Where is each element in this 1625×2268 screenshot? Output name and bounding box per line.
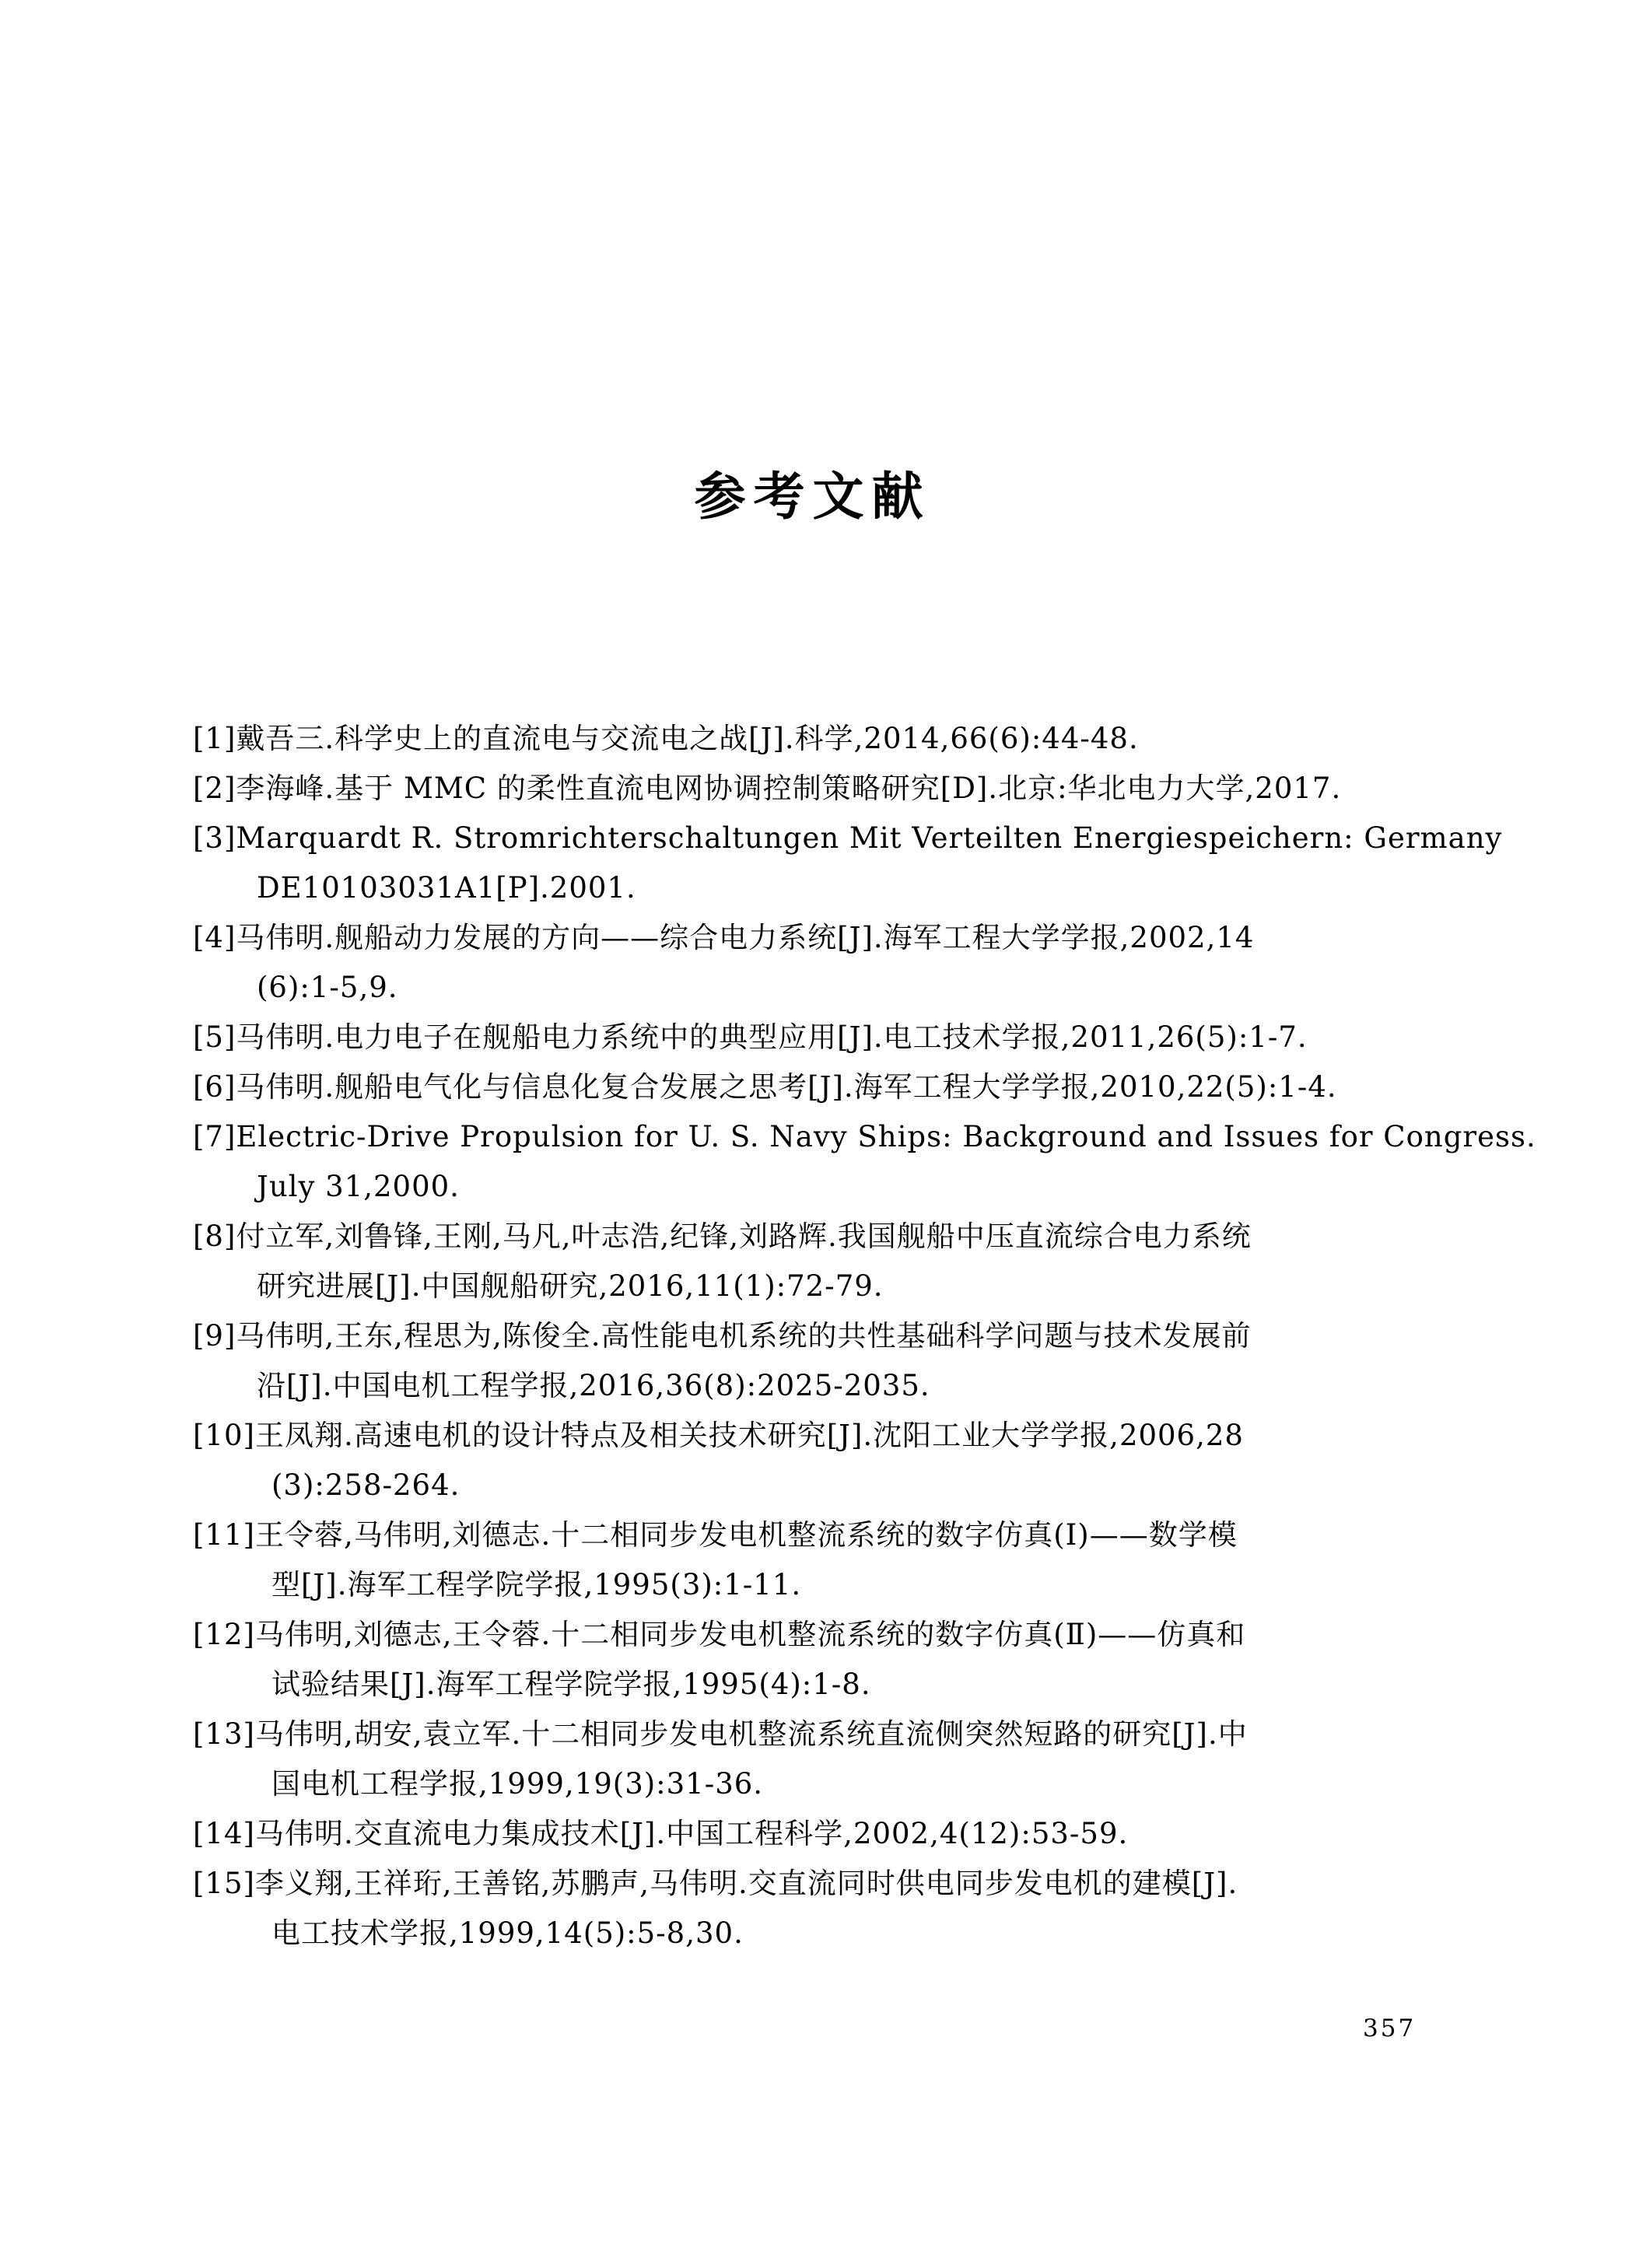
reference-label: [5] <box>193 1020 236 1054</box>
reference-continuation-line: 电工技术学报,1999,14(5):5-8,30. <box>193 1909 1469 1958</box>
reference-first-line: [8]付立军,刘鲁锋,王刚,马凡,叶志浩,纪锋,刘路辉.我国舰船中压直流综合电力… <box>193 1212 1469 1262</box>
references-list: [1]戴吾三.科学史上的直流电与交流电之战[J].科学,2014,66(6):4… <box>193 714 1469 1958</box>
reference-item: [3]Marquardt R. Stromrichterschaltungen … <box>193 814 1469 913</box>
reference-label: [8] <box>193 1220 236 1253</box>
page-number: 357 <box>1363 2013 1416 2044</box>
reference-label: [3] <box>193 821 236 855</box>
reference-item: [14]马伟明.交直流电力集成技术[J].中国工程科学,2002,4(12):5… <box>193 1809 1469 1859</box>
reference-first-line: [1]戴吾三.科学史上的直流电与交流电之战[J].科学,2014,66(6):4… <box>193 714 1469 764</box>
reference-first-line: [11]王令蓉,马伟明,刘德志.十二相同步发电机整流系统的数字仿真(Ⅰ)——数学… <box>193 1510 1469 1560</box>
reference-first-line: [12]马伟明,刘德志,王令蓉.十二相同步发电机整流系统的数字仿真(Ⅱ)——仿真… <box>193 1610 1469 1660</box>
reference-continuation-line: July 31,2000. <box>193 1162 1469 1212</box>
reference-item: [8]付立军,刘鲁锋,王刚,马凡,叶志浩,纪锋,刘路辉.我国舰船中压直流综合电力… <box>193 1212 1469 1311</box>
reference-item: [13]马伟明,胡安,袁立军.十二相同步发电机整流系统直流侧突然短路的研究[J]… <box>193 1710 1469 1809</box>
reference-label: [10] <box>193 1419 255 1452</box>
reference-item: [12]马伟明,刘德志,王令蓉.十二相同步发电机整流系统的数字仿真(Ⅱ)——仿真… <box>193 1610 1469 1710</box>
reference-label: [4] <box>193 921 236 954</box>
reference-first-line: [15]李义翔,王祥珩,王善铭,苏鹏声,马伟明.交直流同时供电同步发电机的建模[… <box>193 1859 1469 1909</box>
reference-item: [11]王令蓉,马伟明,刘德志.十二相同步发电机整流系统的数字仿真(Ⅰ)——数学… <box>193 1510 1469 1610</box>
reference-first-line: [5]马伟明.电力电子在舰船电力系统中的典型应用[J].电工技术学报,2011,… <box>193 1013 1469 1062</box>
reference-continuation-line: 国电机工程学报,1999,19(3):31-36. <box>193 1759 1469 1809</box>
reference-item: [7]Electric-Drive Propulsion for U. S. N… <box>193 1112 1469 1212</box>
reference-item: [15]李义翔,王祥珩,王善铭,苏鹏声,马伟明.交直流同时供电同步发电机的建模[… <box>193 1859 1469 1958</box>
reference-first-line: [4]马伟明.舰船动力发展的方向——综合电力系统[J].海军工程大学学报,200… <box>193 913 1469 963</box>
reference-continuation-line: 型[J].海军工程学院学报,1995(3):1-11. <box>193 1560 1469 1610</box>
reference-label: [13] <box>193 1717 255 1751</box>
reference-continuation-line: 沿[J].中国电机工程学报,2016,36(8):2025-2035. <box>193 1361 1469 1411</box>
reference-continuation-line: (3):258-264. <box>193 1461 1469 1510</box>
reference-label: [6] <box>193 1070 236 1104</box>
reference-first-line: [9]马伟明,王东,程思为,陈俊全.高性能电机系统的共性基础科学问题与技术发展前 <box>193 1311 1469 1361</box>
reference-first-line: [14]马伟明.交直流电力集成技术[J].中国工程科学,2002,4(12):5… <box>193 1809 1469 1859</box>
reference-label: [7] <box>193 1120 236 1153</box>
reference-first-line: [7]Electric-Drive Propulsion for U. S. N… <box>193 1112 1469 1162</box>
reference-label: [14] <box>193 1817 255 1850</box>
reference-label: [9] <box>193 1319 236 1353</box>
reference-label: [2] <box>193 772 236 805</box>
reference-item: [5]马伟明.电力电子在舰船电力系统中的典型应用[J].电工技术学报,2011,… <box>193 1013 1469 1062</box>
reference-first-line: [6]马伟明.舰船电气化与信息化复合发展之思考[J].海军工程大学学报,2010… <box>193 1062 1469 1112</box>
reference-first-line: [2]李海峰.基于 MMC 的柔性直流电网协调控制策略研究[D].北京:华北电力… <box>193 764 1469 814</box>
reference-item: [1]戴吾三.科学史上的直流电与交流电之战[J].科学,2014,66(6):4… <box>193 714 1469 764</box>
reference-item: [6]马伟明.舰船电气化与信息化复合发展之思考[J].海军工程大学学报,2010… <box>193 1062 1469 1112</box>
reference-label: [12] <box>193 1618 255 1651</box>
reference-label: [1] <box>193 722 236 755</box>
reference-label: [11] <box>193 1518 255 1552</box>
reference-item: [4]马伟明.舰船动力发展的方向——综合电力系统[J].海军工程大学学报,200… <box>193 913 1469 1013</box>
document-page: 参考文献 [1]戴吾三.科学史上的直流电与交流电之战[J].科学,2014,66… <box>0 0 1625 2268</box>
reference-continuation-line: DE10103031A1[P].2001. <box>193 863 1469 913</box>
reference-item: [2]李海峰.基于 MMC 的柔性直流电网协调控制策略研究[D].北京:华北电力… <box>193 764 1469 814</box>
reference-continuation-line: 研究进展[J].中国舰船研究,2016,11(1):72-79. <box>193 1262 1469 1311</box>
reference-item: [10]王凤翔.高速电机的设计特点及相关技术研究[J].沈阳工业大学学报,200… <box>193 1411 1469 1510</box>
page-title: 参考文献 <box>0 465 1625 527</box>
reference-first-line: [10]王凤翔.高速电机的设计特点及相关技术研究[J].沈阳工业大学学报,200… <box>193 1411 1469 1461</box>
reference-continuation-line: 试验结果[J].海军工程学院学报,1995(4):1-8. <box>193 1660 1469 1710</box>
reference-first-line: [3]Marquardt R. Stromrichterschaltungen … <box>193 814 1469 863</box>
reference-continuation-line: (6):1-5,9. <box>193 963 1469 1013</box>
reference-label: [15] <box>193 1867 255 1900</box>
reference-first-line: [13]马伟明,胡安,袁立军.十二相同步发电机整流系统直流侧突然短路的研究[J]… <box>193 1710 1469 1759</box>
reference-item: [9]马伟明,王东,程思为,陈俊全.高性能电机系统的共性基础科学问题与技术发展前… <box>193 1311 1469 1411</box>
